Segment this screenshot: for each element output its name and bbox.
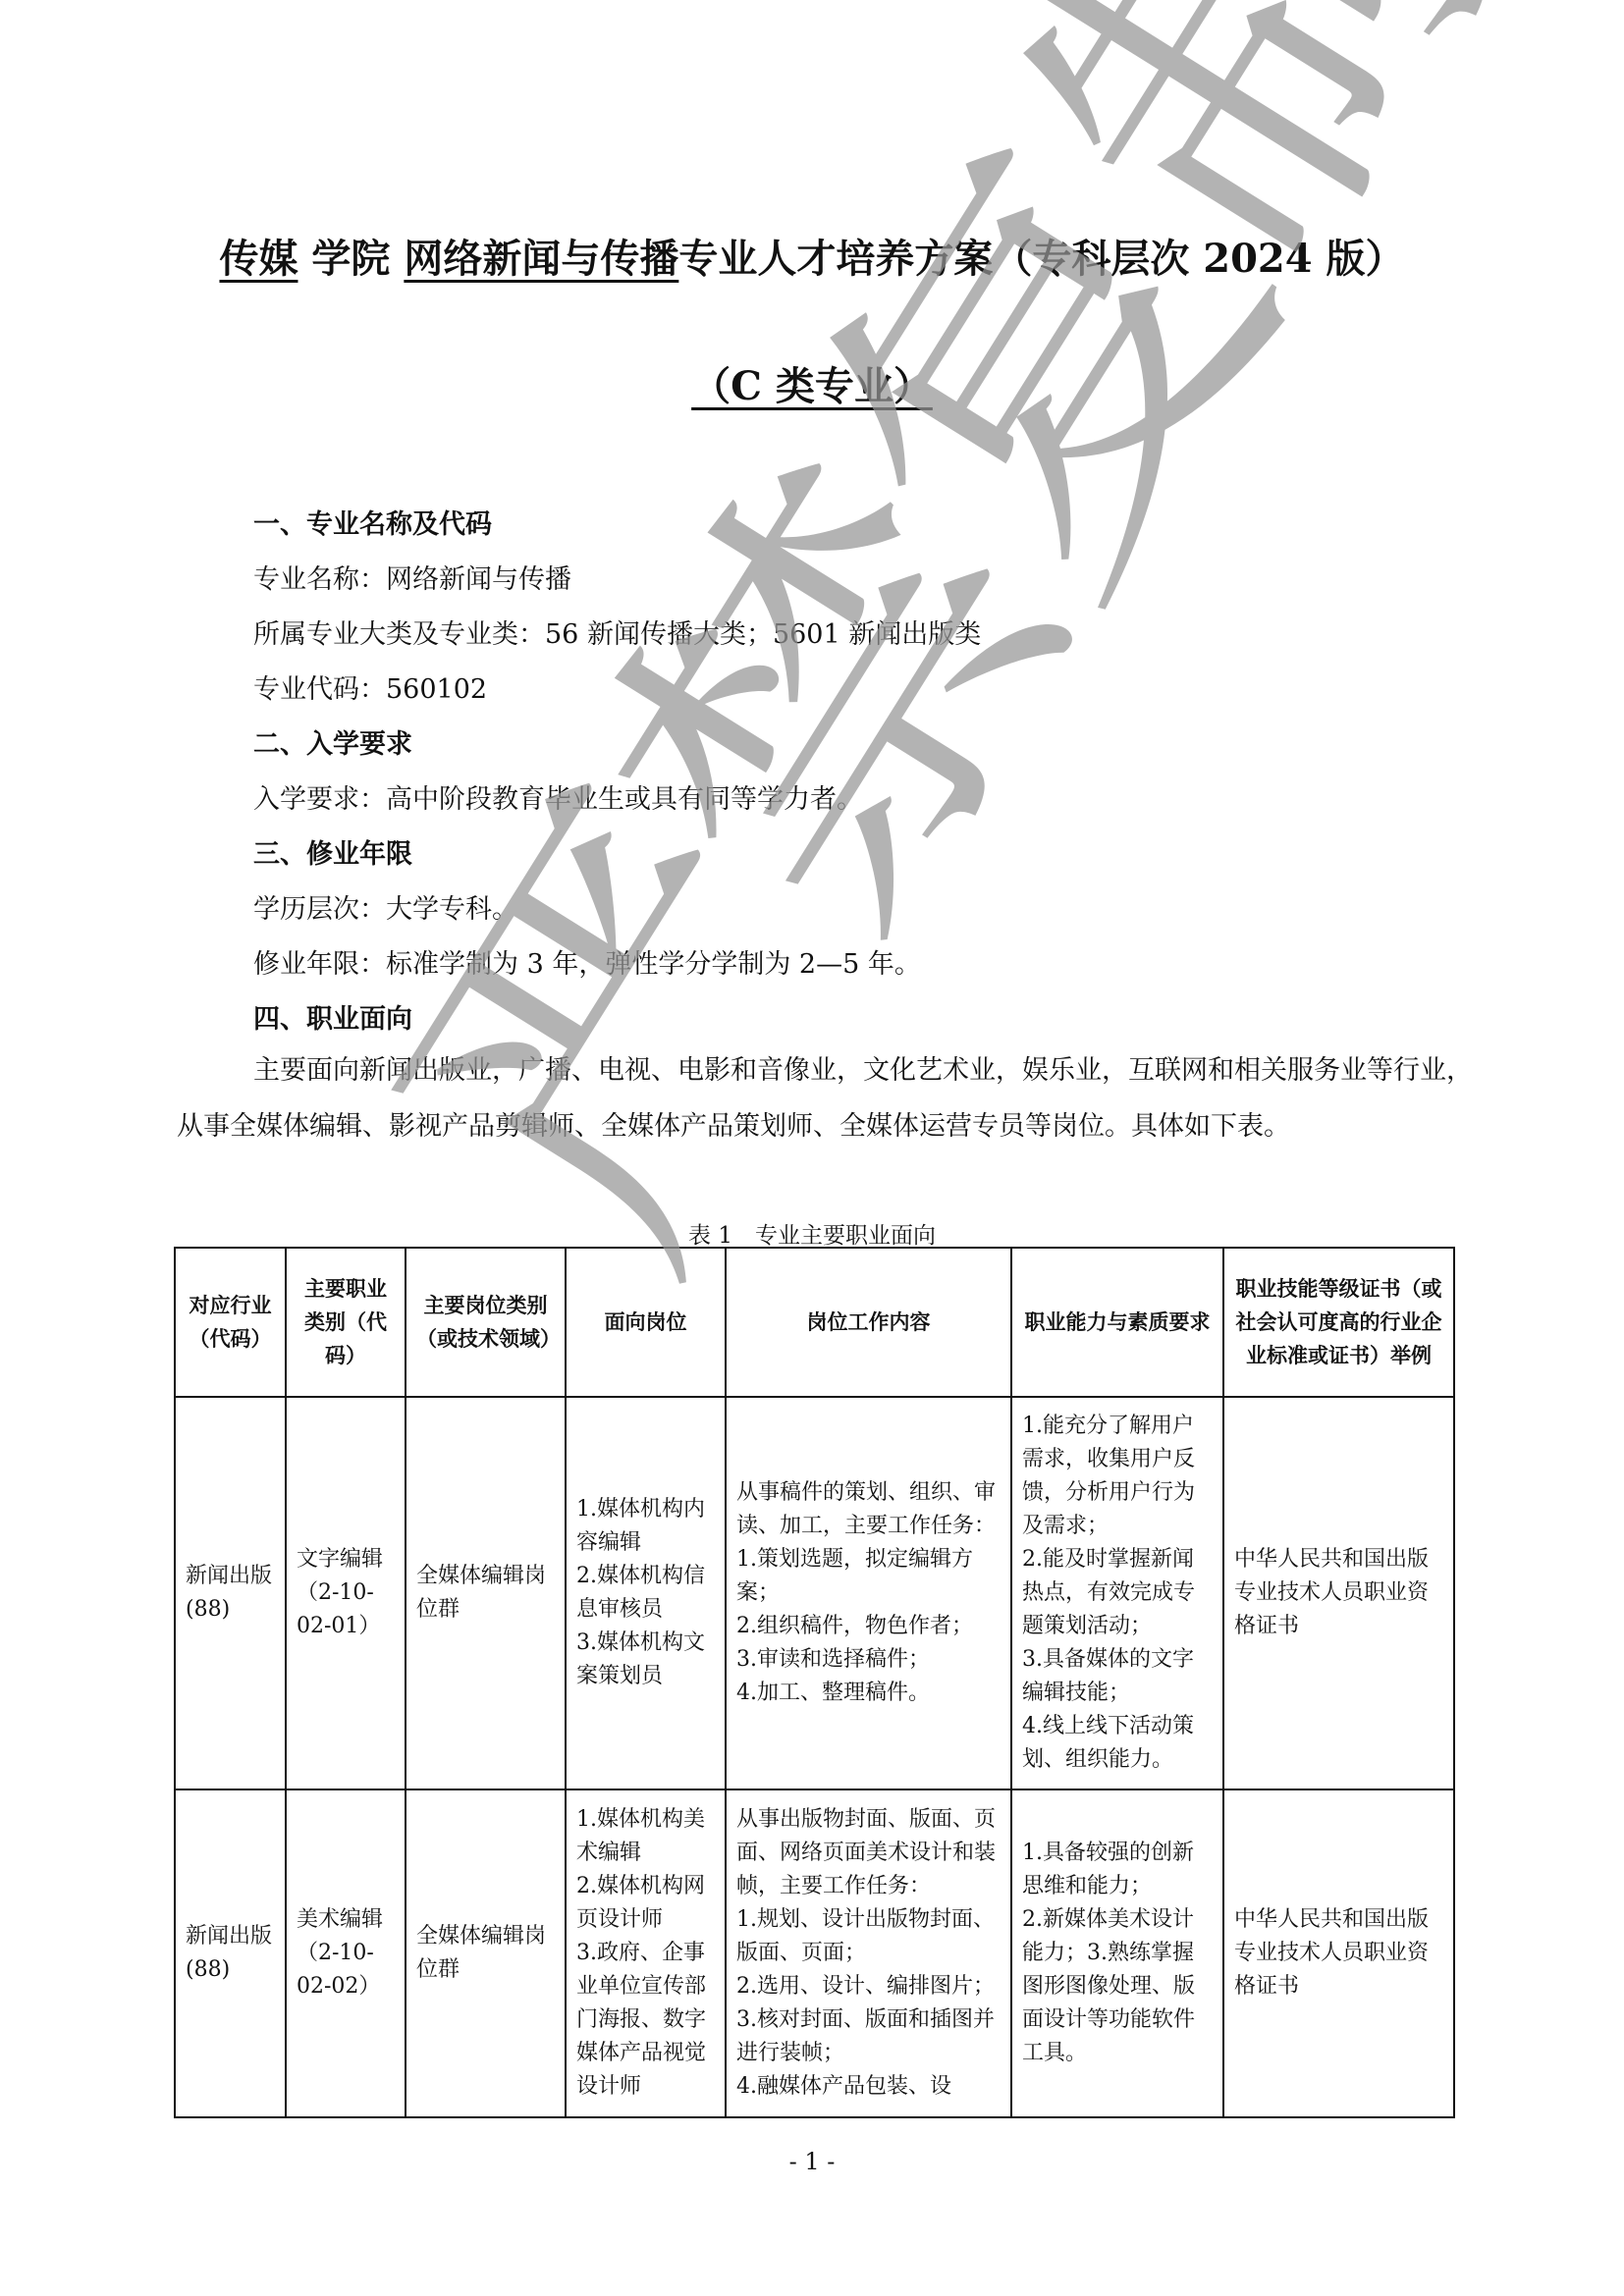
table-row: 新闻出版(88) 文字编辑（2-10-02-01） 全媒体编辑岗位群 1.媒体机… — [175, 1397, 1454, 1789]
title-rest: 专业人才培养方案（专科层次 2024 版） — [678, 236, 1404, 282]
page-number: - 1 - — [0, 2148, 1624, 2175]
work-item: 从事出版物封面、版面、页面、网络页面美术设计和装帧，主要工作任务： — [736, 1803, 1001, 1903]
cell-category: 全媒体编辑岗位群 — [406, 1397, 566, 1789]
cell-industry: 新闻出版(88) — [175, 1789, 286, 2117]
cell-abilities: 1.具备较强的创新思维和能力； 2.新媒体美术设计能力；3.熟练掌握图形图像处理… — [1011, 1789, 1223, 2117]
document-page: 传媒 学院 网络新闻与传播专业人才培养方案（专科层次 2024 版） （C 类专… — [0, 0, 1624, 2296]
study-years-line: 修业年限：标准学制为 3 年，弹性学分学制为 2—5 年。 — [253, 942, 921, 981]
position-item: 1.媒体机构内容编辑 — [576, 1493, 715, 1560]
ability-item: 1.能充分了解用户需求，收集用户反馈，分析用户行为及需求； — [1022, 1410, 1213, 1543]
work-item: 3.核对封面、版面和插图并进行装帧； — [736, 2003, 1001, 2070]
section-heading-4: 四、职业面向 — [253, 997, 412, 1036]
header-industry: 对应行业（代码） — [175, 1248, 286, 1397]
work-item: 3.审读和选择稿件； — [736, 1643, 1001, 1677]
cell-certificate: 中华人民共和国出版专业技术人员职业资格证书 — [1223, 1789, 1454, 2117]
cell-occupation: 美术编辑（2-10-02-02） — [286, 1789, 406, 2117]
education-level-line: 学历层次：大学专科。 — [253, 887, 518, 926]
header-category: 主要岗位类别（或技术领域） — [406, 1248, 566, 1397]
ability-item: 4.线上线下活动策划、组织能力。 — [1022, 1710, 1213, 1777]
cell-category: 全媒体编辑岗位群 — [406, 1789, 566, 2117]
title-school-suffix: 学院 — [311, 236, 390, 282]
subtitle-text: （C 类专业） — [691, 363, 933, 409]
header-abilities: 职业能力与素质要求 — [1011, 1248, 1223, 1397]
section-heading-3: 三、修业年限 — [253, 832, 412, 871]
position-item: 3.媒体机构文案策划员 — [576, 1627, 715, 1693]
position-item: 2.媒体机构信息审核员 — [576, 1560, 715, 1627]
position-item: 2.媒体机构网页设计师 — [576, 1870, 715, 1937]
title-major: 网络新闻与传播 — [404, 236, 678, 282]
cell-work-content: 从事稿件的策划、组织、审读、加工，主要工作任务： 1.策划选题，拟定编辑方案； … — [726, 1397, 1011, 1789]
cell-positions: 1.媒体机构内容编辑 2.媒体机构信息审核员 3.媒体机构文案策划员 — [566, 1397, 726, 1789]
cell-occupation: 文字编辑（2-10-02-01） — [286, 1397, 406, 1789]
cell-abilities: 1.能充分了解用户需求，收集用户反馈，分析用户行为及需求； 2.能及时掌握新闻热… — [1011, 1397, 1223, 1789]
ability-item: 2.新媒体美术设计能力；3.熟练掌握图形图像处理、版面设计等功能软件工具。 — [1022, 1903, 1213, 2070]
ability-item: 2.能及时掌握新闻热点，有效完成专题策划活动； — [1022, 1543, 1213, 1643]
cell-certificate: 中华人民共和国出版专业技术人员职业资格证书 — [1223, 1397, 1454, 1789]
title-school: 传媒 — [219, 236, 298, 282]
work-item: 4.加工、整理稿件。 — [736, 1677, 1001, 1710]
work-item: 从事稿件的策划、组织、审读、加工，主要工作任务： — [736, 1476, 1001, 1543]
work-item: 1.规划、设计出版物封面、版面、页面； — [736, 1903, 1001, 1970]
career-table: 对应行业（代码） 主要职业类别（代码） 主要岗位类别（或技术领域） 面向岗位 岗… — [174, 1247, 1455, 2118]
cell-work-content: 从事出版物封面、版面、页面、网络页面美术设计和装帧，主要工作任务： 1.规划、设… — [726, 1789, 1011, 2117]
ability-item: 1.具备较强的创新思维和能力； — [1022, 1837, 1213, 1903]
document-subtitle: （C 类专业） — [0, 355, 1624, 411]
work-item: 4.融媒体产品包装、设 — [736, 2070, 1001, 2104]
table-row: 新闻出版(88) 美术编辑（2-10-02-02） 全媒体编辑岗位群 1.媒体机… — [175, 1789, 1454, 2117]
header-work-content: 岗位工作内容 — [726, 1248, 1011, 1397]
table-header-row: 对应行业（代码） 主要职业类别（代码） 主要岗位类别（或技术领域） 面向岗位 岗… — [175, 1248, 1454, 1397]
table-caption: 表 1 专业主要职业面向 — [0, 1217, 1624, 1250]
work-item: 2.组织稿件，物色作者； — [736, 1610, 1001, 1643]
work-item: 1.策划选题，拟定编辑方案； — [736, 1543, 1001, 1610]
header-positions: 面向岗位 — [566, 1248, 726, 1397]
major-code-line: 专业代码：560102 — [253, 667, 487, 706]
section-heading-2: 二、入学要求 — [253, 722, 412, 761]
major-name-line: 专业名称：网络新闻与传播 — [253, 558, 571, 596]
document-title: 传媒 学院 网络新闻与传播专业人才培养方案（专科层次 2024 版） — [0, 228, 1624, 284]
ability-item: 3.具备媒体的文字编辑技能； — [1022, 1643, 1213, 1710]
position-item: 1.媒体机构美术编辑 — [576, 1803, 715, 1870]
position-item: 3.政府、企事业单位宣传部门海报、数字媒体产品视觉设计师 — [576, 1937, 715, 2104]
cell-positions: 1.媒体机构美术编辑 2.媒体机构网页设计师 3.政府、企事业单位宣传部门海报、… — [566, 1789, 726, 2117]
major-category-line: 所属专业大类及专业类：56 新闻传播大类；5601 新闻出版类 — [253, 613, 981, 651]
header-certificate: 职业技能等级证书（或社会认可度高的行业企业标准或证书）举例 — [1223, 1248, 1454, 1397]
career-paragraph: 主要面向新闻出版业，广播、电视、电影和音像业，文化艺术业，娱乐业，互联网和相关服… — [177, 1042, 1473, 1154]
header-occupation: 主要职业类别（代码） — [286, 1248, 406, 1397]
cell-industry: 新闻出版(88) — [175, 1397, 286, 1789]
work-item: 2.选用、设计、编排图片； — [736, 1970, 1001, 2003]
admission-line: 入学要求：高中阶段教育毕业生或具有同等学力者。 — [253, 777, 863, 816]
section-heading-1: 一、专业名称及代码 — [253, 503, 492, 541]
